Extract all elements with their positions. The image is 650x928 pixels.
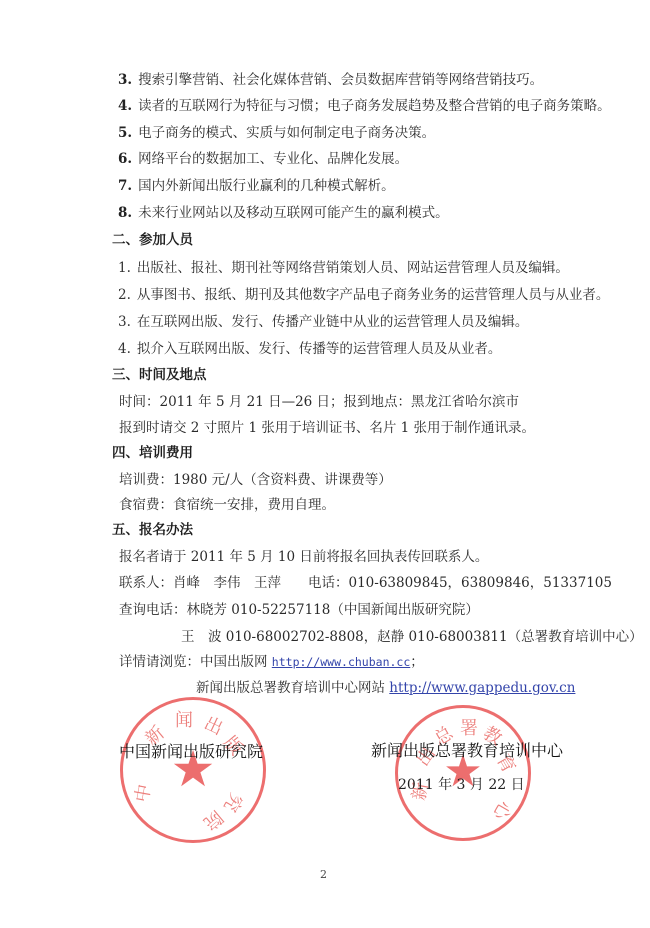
section-heading-time-place: 三、时间及地点 [112, 366, 207, 384]
stamp-text-arc: 闻 [175, 706, 193, 732]
item-number: 7. [118, 178, 132, 194]
item-number: 3. [118, 72, 132, 88]
board-fee: 食宿费：食宿统一安排，费用自理。 [119, 496, 335, 514]
official-stamp-left: ★ 新 闻 出 版 究 院 中 [120, 697, 266, 843]
list-item: 7.国内外新闻出版行业赢利的几种模式解析。 [118, 177, 395, 195]
list-item: 4.读者的互联网行为特征与习惯；电子商务发展趋势及整合营销的电子商务策略。 [118, 97, 611, 115]
details-suffix: ； [410, 654, 424, 670]
signature-left: 中国新闻出版研究院 [119, 739, 263, 762]
official-stamp-right: ★ 新 出 总 署 教 育 心 [395, 705, 531, 841]
list-item: 1.出版社、报社、期刊社等网络营销策划人员、网站运营管理人员及编辑。 [118, 259, 569, 277]
details-line: 详情请浏览：中国出版网 http://www.chuban.cc； [119, 653, 424, 671]
item-text: 网络平台的数据加工、专业化、品牌化发展。 [138, 151, 408, 167]
item-text: 未来行业网站以及移动互联网可能产生的赢利模式。 [138, 205, 449, 221]
signature-date: 2011 年 3 月 22 日 [398, 774, 525, 794]
item-number: 5. [118, 125, 132, 141]
item-text: 搜索引擎营销、社会化媒体营销、会员数据库营销等网络营销技巧。 [138, 72, 543, 88]
item-number: 4. [118, 98, 132, 114]
section-heading-registration: 五、报名办法 [112, 521, 193, 539]
list-item: 3.搜索引擎营销、社会化媒体营销、会员数据库营销等网络营销技巧。 [118, 71, 543, 89]
stamp-text-arc: 心 [487, 797, 519, 826]
registration-requirements: 报到时请交 2 寸照片 1 张用于培训证书、名片 1 张用于制作通讯录。 [119, 419, 535, 437]
item-text: 国内外新闻出版行业赢利的几种模式解析。 [138, 178, 395, 194]
item-text: 在互联网出版、发行、传播产业链中从业的运营管理人员及编辑。 [137, 314, 529, 330]
item-text: 出版社、报社、期刊社等网络营销策划人员、网站运营管理人员及编辑。 [137, 260, 569, 276]
time-place-line: 时间：2011 年 5 月 21 日—26 日；报到地点：黑龙江省哈尔滨市 [119, 393, 519, 411]
stamp-text-arc: 究 [218, 789, 250, 818]
stamp-text-arc: 出 [200, 709, 227, 740]
list-item: 5.电子商务的模式、实质与如何制定电子商务决策。 [118, 124, 435, 142]
list-item: 4.拟介入互联网出版、发行、传播等的运营管理人员及从业者。 [118, 340, 501, 358]
item-text: 拟介入互联网出版、发行、传播等的运营管理人员及从业者。 [137, 341, 502, 357]
signature-right: 新闻出版总署教育培训中心 [371, 738, 563, 761]
item-number: 3. [118, 314, 131, 330]
section-heading-participants: 二、参加人员 [112, 231, 193, 249]
section-heading-fees: 四、培训费用 [112, 444, 193, 462]
training-fee: 培训费：1980 元/人（含资料费、讲课费等） [119, 471, 392, 489]
chuban-link[interactable]: http://www.chuban.cc [272, 655, 410, 669]
item-number: 2. [118, 287, 131, 303]
site2-line: 新闻出版总署教育培训中心网站 http://www.gappedu.gov.cn [196, 679, 575, 697]
gappedu-link[interactable]: http://www.gappedu.gov.cn [389, 680, 575, 696]
stamp-text-arc: 院 [199, 805, 230, 836]
registration-deadline: 报名者请于 2011 年 5 月 10 日前将报名回执表传回联系人。 [119, 548, 488, 566]
item-text: 电子商务的模式、实质与如何制定电子商务决策。 [138, 125, 435, 141]
stamp-text-arc: 署 [460, 714, 478, 740]
contact-persons: 联系人：肖峰 李伟 王萍 电话：010-63809845，63809846，51… [119, 574, 612, 592]
item-text: 读者的互联网行为特征与习惯；电子商务发展趋势及整合营销的电子商务策略。 [138, 98, 611, 114]
stamp-text-arc: 中 [128, 782, 157, 804]
item-text: 从事图书、报纸、期刊及其他数字产品电子商务业务的运营管理人员与从业者。 [137, 287, 610, 303]
item-number: 1. [118, 260, 131, 276]
page-number: 2 [320, 868, 327, 881]
site2-label: 新闻出版总署教育培训中心网站 [196, 680, 389, 696]
item-number: 6. [118, 151, 132, 167]
inquiry-phone-2: 王 波 010-68002702-8808，赵静 010-68003811（总署… [181, 628, 643, 646]
inquiry-phone: 查询电话：林晓芳 010-52257118（中国新闻出版研究院） [119, 601, 479, 619]
list-item: 3.在互联网出版、发行、传播产业链中从业的运营管理人员及编辑。 [118, 313, 528, 331]
list-item: 8.未来行业网站以及移动互联网可能产生的赢利模式。 [118, 204, 449, 222]
list-item: 6.网络平台的数据加工、专业化、品牌化发展。 [118, 150, 408, 168]
item-number: 8. [118, 205, 132, 221]
details-label: 详情请浏览：中国出版网 [119, 654, 272, 670]
list-item: 2.从事图书、报纸、期刊及其他数字产品电子商务业务的运营管理人员与从业者。 [118, 286, 609, 304]
item-number: 4. [118, 341, 131, 357]
